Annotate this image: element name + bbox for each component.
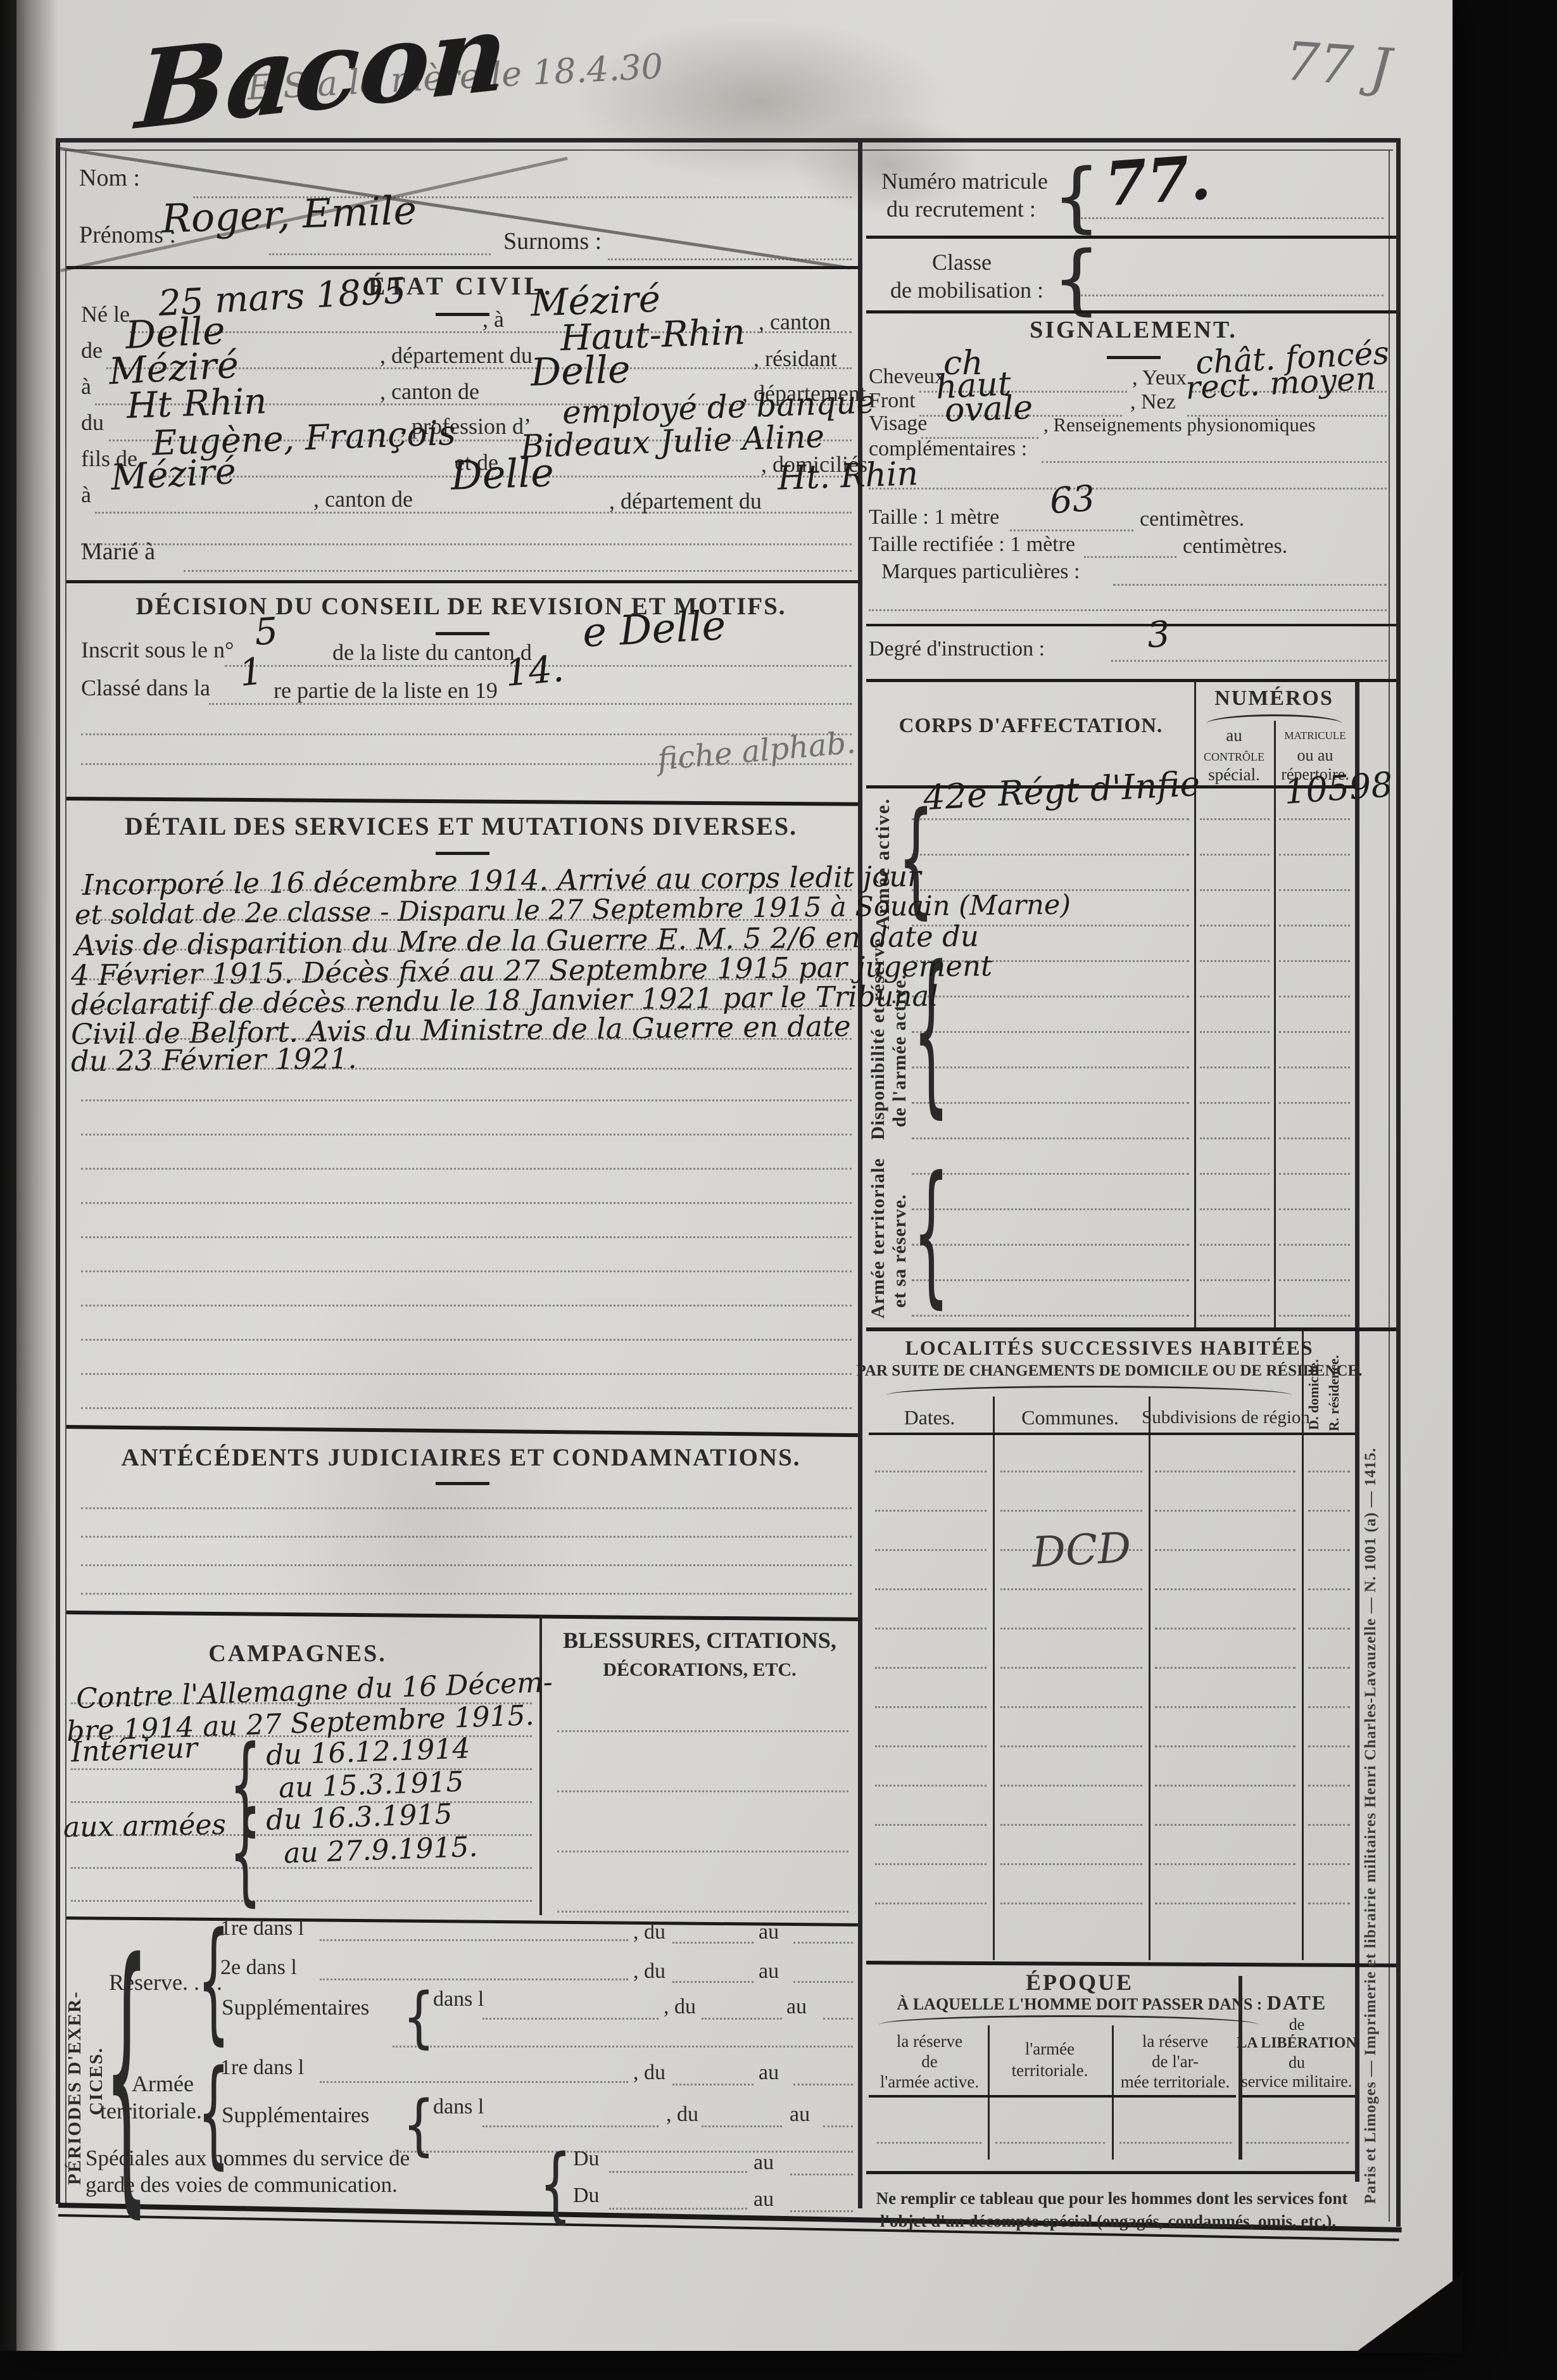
- brace: [1052, 242, 1100, 318]
- dotted-line: [1308, 1510, 1350, 1512]
- dotted-line: [877, 2142, 981, 2144]
- dotted-line: [1308, 1628, 1350, 1630]
- a-label2: à: [81, 375, 91, 398]
- frame-right-inner: [1389, 149, 1390, 2222]
- services-title: DÉTAIL DES SERVICES ET MUTATIONS DIVERSE…: [125, 814, 797, 839]
- dotted-line: [81, 1507, 852, 1509]
- dotted-line: [1000, 1902, 1142, 1904]
- domicile-col-header: D. domicile.: [1307, 1335, 1321, 1430]
- dotted-line: [702, 2125, 782, 2127]
- front-label: Front: [869, 390, 916, 412]
- dotted-line: [81, 543, 852, 545]
- annee-value: 14.: [504, 650, 565, 692]
- dotted-line: [790, 2210, 853, 2212]
- localites-brace-curve: [886, 1386, 1292, 1395]
- dotted-line: [81, 919, 852, 921]
- canton-residence-value: Delle: [530, 350, 631, 391]
- dotted-line: [1113, 584, 1387, 586]
- dotted-line: [793, 1942, 853, 1944]
- numero-matricule-label: Numéro matricule: [881, 170, 1048, 193]
- rule: [866, 236, 1396, 239]
- dotted-line: [320, 2081, 628, 2083]
- dotted-line: [912, 1279, 1189, 1281]
- title-flourish: [436, 852, 489, 855]
- dotted-line: [71, 1867, 532, 1869]
- epoque-subtitle: À LAQUELLE L'HOMME DOIT PASSER DANS :: [897, 1996, 1263, 2013]
- dotted-line: [1200, 1173, 1270, 1175]
- title-flourish: [436, 1482, 489, 1485]
- brace: [229, 1797, 262, 1909]
- dotted-line: [1200, 1067, 1270, 1068]
- epoque-col3-3: mée territoriale.: [1121, 2073, 1230, 2091]
- du-cap-label: Du: [573, 2185, 600, 2206]
- ne-le-label: Né le: [81, 303, 130, 326]
- residence-col-header: R. résidence.: [1327, 1330, 1341, 1431]
- dotted-line: [1279, 1031, 1350, 1033]
- dotted-line: [912, 818, 1189, 820]
- dotted-line: [823, 2125, 853, 2127]
- canton-label: , canton: [759, 310, 831, 333]
- departement-residence-value: Ht Rhin: [126, 384, 267, 424]
- epoque-col2-1: l'armée: [1025, 2041, 1075, 2058]
- epoque-col1-3: l'armée active.: [880, 2073, 979, 2091]
- taille-label: Taille : 1 mètre: [869, 507, 999, 528]
- dotted-line: [1308, 1745, 1350, 1747]
- blessures-title-1: BLESSURES, CITATIONS,: [563, 1629, 836, 1652]
- dotted-line: [875, 1902, 987, 1904]
- canton-domicile-value: Delle: [450, 453, 555, 496]
- epoque-col-line: [1112, 2025, 1114, 2160]
- dotted-line: [1200, 960, 1270, 962]
- armee-active-corps-value: 42e Régt d'Infie: [923, 767, 1201, 816]
- dotted-line: [1279, 1208, 1350, 1210]
- dotted-line: [1076, 217, 1384, 219]
- dotted-line: [1119, 2142, 1232, 2144]
- dotted-line: [71, 1735, 532, 1737]
- rule: [869, 1433, 1355, 1435]
- dotted-line: [912, 1244, 1189, 1246]
- interieur-du-value: du 16.12.1914: [265, 1735, 470, 1769]
- corps-col-line: [1274, 721, 1276, 1327]
- taille-value: 63: [1049, 481, 1096, 520]
- dotted-line: [875, 1628, 987, 1630]
- dotted-line: [1000, 1549, 1142, 1551]
- dotted-line: [1000, 1745, 1142, 1747]
- brace: [539, 2144, 572, 2225]
- du-label: du: [81, 411, 104, 434]
- dotted-line: [1308, 1902, 1350, 1904]
- dotted-line: [1279, 925, 1350, 927]
- dotted-line: [793, 2084, 853, 2086]
- dotted-line: [1200, 1031, 1270, 1033]
- paper-stain: [570, 19, 950, 184]
- numeros-brace-curve: [1206, 714, 1342, 724]
- dotted-line: [320, 1939, 628, 1941]
- date-liberation-1: DATE: [1267, 1992, 1327, 2013]
- localites-col-line: [1149, 1396, 1150, 1960]
- du-label: , du: [666, 2104, 698, 2125]
- dotted-line: [1200, 1244, 1270, 1246]
- dotted-line: [81, 1593, 852, 1595]
- title-flourish: [436, 632, 489, 635]
- controle-header-2: contrôle: [1204, 747, 1264, 764]
- a-label: , à: [482, 308, 504, 331]
- dotted-line: [1279, 854, 1350, 856]
- domicile-value: Méziré: [110, 454, 237, 496]
- dates-col-header: Dates.: [904, 1407, 955, 1427]
- epoque-col3-2: de l'ar-: [1152, 2053, 1199, 2070]
- title-flourish: [1107, 356, 1161, 359]
- epoque-col-line: [1239, 1976, 1242, 2160]
- rule: [866, 2171, 1355, 2174]
- dotted-line: [81, 1168, 852, 1170]
- dotted-line: [912, 854, 1189, 856]
- dotted-line: [482, 2018, 659, 2020]
- departement-label3: , département du: [609, 490, 762, 512]
- dotted-line: [875, 1863, 987, 1865]
- visage-value: ovale: [944, 391, 1033, 427]
- dotted-line: [557, 1730, 848, 1732]
- dotted-line: [81, 1134, 852, 1136]
- dotted-line: [1200, 1315, 1270, 1317]
- frame-left: [56, 138, 60, 2204]
- dotted-line: [912, 996, 1189, 997]
- dotted-line: [1000, 1588, 1142, 1590]
- territoriale-label-1: Armée territoriale: [869, 1154, 888, 1319]
- dotted-line: [71, 1834, 532, 1836]
- dotted-line: [482, 2125, 659, 2127]
- localites-title: LOCALITÉS SUCCESSIVES HABITÉES: [905, 1338, 1313, 1358]
- degre-instruction-value: 3: [1146, 617, 1171, 654]
- dotted-line: [81, 1038, 852, 1040]
- dotted-line: [1155, 1785, 1295, 1787]
- numero-liste-value: 5: [253, 612, 279, 650]
- supplementaires-label: Supplémentaires: [222, 2104, 369, 2126]
- dotted-line: [1246, 2142, 1349, 2144]
- dotted-line: [1200, 996, 1270, 997]
- dotted-line: [1000, 1824, 1142, 1826]
- dotted-line: [1084, 556, 1176, 558]
- centimetres-label: centimètres.: [1140, 509, 1244, 530]
- dotted-line: [557, 1851, 848, 1852]
- canton-liste-value: e Delle: [581, 605, 726, 654]
- dotted-line: [912, 1031, 1189, 1033]
- residant-label: , résidant: [753, 347, 837, 370]
- dotted-line: [1200, 1208, 1270, 1210]
- dotted-line: [1155, 1549, 1295, 1551]
- epoque-col1-1: la réserve: [897, 2033, 962, 2050]
- speciales-label-1: Spéciales aux hommes du service de: [85, 2147, 410, 2169]
- du-label: , du: [633, 1961, 665, 1982]
- controle-header-1: au: [1226, 727, 1242, 744]
- dotted-line: [1279, 818, 1350, 820]
- dotted-line: [1000, 1510, 1142, 1512]
- armees-au-value: au 27.9.1915.: [283, 1833, 478, 1868]
- dotted-line: [1200, 889, 1270, 891]
- dotted-line: [71, 1900, 532, 1902]
- dans-l-label: dans l: [433, 2096, 484, 2118]
- dotted-line: [609, 2208, 747, 2210]
- periodes-vertical-label-1: PÉRIODES D'EXER-: [66, 1976, 84, 2185]
- dotted-line: [1155, 1588, 1295, 1590]
- communes-col-header: Communes.: [1021, 1407, 1119, 1427]
- dotted-line: [875, 1510, 987, 1512]
- dotted-line: [71, 1768, 532, 1770]
- dotted-line: [995, 2142, 1105, 2144]
- dotted-line: [1308, 1667, 1350, 1669]
- numeros-header: NUMÉROS: [1214, 688, 1333, 709]
- armee-territoriale-label-1: Armée: [132, 2072, 194, 2095]
- marie-label: Marié à: [81, 540, 155, 564]
- dotted-line: [875, 1745, 987, 1747]
- dotted-line: [557, 1790, 848, 1792]
- dotted-line: [823, 2018, 853, 2020]
- dotted-line: [81, 1099, 852, 1101]
- dotted-line: [672, 2084, 753, 2086]
- classe-liste-label: Classé dans la: [81, 676, 210, 699]
- liste-label: de la liste du canton d: [332, 641, 532, 664]
- epoque-col3-1: la réserve: [1142, 2033, 1208, 2050]
- rule: [869, 2095, 1236, 2098]
- epoque-col2-2: territoriale.: [1012, 2062, 1088, 2079]
- du-label: , du: [633, 2062, 665, 2084]
- localites-subtitle: PAR SUITE DE CHANGEMENTS DE DOMICILE OU …: [857, 1363, 1363, 1379]
- dotted-line: [875, 1588, 987, 1590]
- blessures-title-2: DÉCORATIONS, ETC.: [603, 1661, 796, 1680]
- dotted-line: [1155, 1706, 1295, 1708]
- dotted-line: [912, 1067, 1189, 1068]
- dotted-line: [1000, 1471, 1142, 1472]
- interieur-au-value: au 15.3.1915: [278, 1768, 464, 1802]
- complementaires-label: complémentaires :: [869, 438, 1027, 460]
- dotted-line: [1200, 1137, 1270, 1139]
- dotted-line: [1308, 1863, 1350, 1865]
- dotted-line: [912, 889, 1189, 891]
- rule: [66, 580, 858, 583]
- dotted-line: [184, 570, 852, 572]
- dotted-line: [875, 1706, 987, 1708]
- dotted-line: [875, 1549, 987, 1551]
- dotted-line: [81, 1008, 852, 1010]
- matricule-header-1: matricule: [1284, 727, 1346, 742]
- antecedents-title: ANTÉCÉDENTS JUDICIAIRES ET CONDAMNATIONS…: [121, 1445, 800, 1470]
- dotted-line: [81, 1536, 852, 1538]
- dotted-line: [81, 1564, 852, 1566]
- nom-signature: Bacon: [134, 0, 511, 144]
- dotted-line: [1279, 960, 1350, 962]
- dotted-line: [1308, 1588, 1350, 1590]
- dotted-line: [1308, 1824, 1350, 1826]
- frame-right: [1396, 138, 1401, 2227]
- dotted-line: [81, 889, 852, 891]
- rule: [866, 624, 1396, 626]
- yeux-label: , Yeux: [1132, 367, 1187, 389]
- dotted-line: [81, 1305, 852, 1307]
- dotted-line: [875, 1667, 987, 1669]
- dotted-line: [1155, 1863, 1295, 1865]
- dotted-line: [1279, 1279, 1350, 1281]
- dotted-line: [869, 609, 1387, 611]
- tables-right-edge: [1355, 681, 1359, 2182]
- de-label: de: [81, 339, 103, 362]
- dotted-line: [320, 1978, 628, 1980]
- dotted-line: [790, 2174, 853, 2175]
- inscrit-label: Inscrit sous le n°: [81, 638, 234, 661]
- dotted-line: [81, 1068, 852, 1070]
- dotted-line: [81, 1270, 852, 1272]
- marques-label: Marques particulières :: [881, 561, 1080, 583]
- dotted-line: [1200, 1279, 1270, 1281]
- dotted-line: [875, 1785, 987, 1787]
- date-liberation-5: service militaire.: [1242, 2073, 1352, 2090]
- dotted-line: [81, 1236, 852, 1238]
- rule: [66, 266, 858, 269]
- dotted-line: [1308, 1549, 1350, 1551]
- dans-l-label: dans l: [433, 1989, 484, 2010]
- dotted-line: [1000, 1863, 1142, 1865]
- dotted-line: [1155, 1471, 1295, 1472]
- dotted-line: [269, 253, 491, 255]
- localites-col-line: [993, 1396, 995, 1960]
- armee-active-matricule-value: 10598: [1283, 768, 1394, 809]
- subdivisions-col-header: Subdivisions de région: [1142, 1408, 1310, 1427]
- au-label: au: [790, 2104, 810, 2125]
- supplementaires-label: Supplémentaires: [222, 1996, 369, 2018]
- dotted-line: [81, 1373, 852, 1375]
- pencil-number-top-right: 77 J: [1283, 34, 1393, 94]
- degre-instruction-label: Degré d'instruction :: [869, 638, 1045, 660]
- dotted-line: [1279, 1137, 1350, 1139]
- territoriale-row-1re: 1re dans l: [220, 2057, 304, 2079]
- rule: [66, 1916, 858, 1927]
- controle-header-3: spécial.: [1208, 766, 1260, 783]
- speciales-label-2: garde des voies de communication.: [85, 2174, 398, 2196]
- au-label: au: [753, 2189, 774, 2210]
- au-label: au: [786, 1996, 807, 2018]
- epoque-brace-curve: [879, 2015, 1259, 2025]
- dotted-line: [912, 1315, 1189, 1317]
- dotted-line: [1000, 1667, 1142, 1669]
- dotted-line: [793, 1981, 853, 1983]
- dotted-line: [672, 1981, 753, 1983]
- dotted-line: [81, 978, 852, 980]
- numero-matricule-label2: du recrutement :: [886, 198, 1036, 220]
- renseignements-label: , Renseignements physionomiques: [1043, 415, 1316, 434]
- dotted-line: [1200, 1102, 1270, 1104]
- dotted-line: [912, 1208, 1189, 1210]
- prenoms-value: Roger, Emile: [161, 191, 417, 239]
- dotted-line: [1155, 1824, 1295, 1826]
- dotted-line: [1111, 660, 1387, 662]
- dotted-line: [1000, 1706, 1142, 1708]
- dotted-line: [95, 512, 852, 514]
- rule: [66, 1425, 858, 1437]
- surnoms-label: Surnoms :: [503, 229, 602, 253]
- a-label3: à: [81, 483, 91, 506]
- dotted-line: [1308, 1785, 1350, 1787]
- dotted-line: [81, 1407, 852, 1409]
- du-label: , du: [664, 1996, 696, 2018]
- dotted-line: [1279, 1244, 1350, 1246]
- departement-label: , département du: [380, 344, 533, 367]
- campagnes-divider: [539, 1616, 542, 1915]
- campagnes-title: CAMPAGNES.: [208, 1642, 387, 1666]
- interieur-label: Intérieur: [70, 1735, 198, 1767]
- date-liberation-2: de: [1289, 2016, 1305, 2033]
- dotted-line: [1200, 818, 1270, 820]
- armees-label: aux armées: [63, 1811, 227, 1842]
- dotted-line: [1279, 1102, 1350, 1104]
- dotted-line: [1308, 1471, 1350, 1472]
- territoriale-label-2: et sa réserve.: [890, 1165, 909, 1308]
- rule: [1242, 2095, 1355, 2098]
- dotted-line: [209, 703, 852, 705]
- dotted-line: [1308, 1706, 1350, 1708]
- partie-value: 1: [237, 652, 265, 692]
- dotted-line: [1279, 1067, 1350, 1068]
- dotted-line: [912, 1173, 1189, 1175]
- frame-left-inner: [65, 149, 66, 2204]
- dotted-line: [869, 488, 1387, 490]
- nez-value: rect. moyen: [1185, 362, 1377, 404]
- dotted-line: [71, 1801, 532, 1803]
- rule: [866, 310, 1396, 313]
- rule: [866, 679, 1396, 682]
- dotted-line: [1200, 854, 1270, 856]
- epoque-title: ÉPOQUE: [1026, 1971, 1133, 1994]
- epoque-col1-2: de: [921, 2053, 937, 2070]
- reserve-row-2e: 2e dans l: [220, 1957, 297, 1978]
- armee-territoriale-label-2: territoriale.: [100, 2099, 202, 2122]
- au-label: au: [753, 2152, 774, 2174]
- dotted-line: [1155, 1667, 1295, 1669]
- dotted-line: [608, 258, 852, 260]
- classe-mobilisation-label: Classe: [932, 251, 992, 274]
- date-liberation-3: LA LIBÉRATION: [1237, 2035, 1357, 2051]
- rule: [866, 1961, 1396, 1967]
- dotted-line: [1000, 1628, 1142, 1630]
- dotted-line: [912, 1137, 1189, 1139]
- dotted-line: [1076, 294, 1384, 296]
- dotted-line: [81, 1202, 852, 1204]
- dotted-line: [912, 925, 1189, 927]
- dotted-line: [393, 2151, 853, 2153]
- classe-mobilisation-label2: de mobilisation :: [890, 279, 1043, 301]
- centimetres-label2: centimètres.: [1183, 536, 1287, 557]
- register-page-scan: E S a la mère le 18.4.30 77 J Bacon Nom …: [0, 0, 1557, 2380]
- classe-liste-label2: re partie de la liste en 19: [274, 679, 498, 702]
- epoque-note-1: Ne remplir ce tableau que pour les homme…: [876, 2190, 1348, 2207]
- form-layer: E S a la mère le 18.4.30 77 J Bacon Nom …: [0, 0, 1557, 2380]
- armees-du-value: du 16.3.1915: [265, 1801, 453, 1835]
- rule: [66, 1611, 858, 1621]
- dotted-line: [912, 960, 1189, 962]
- services-line-7: du 23 Février 1921.: [71, 1044, 357, 1076]
- printer-imprint: Paris et Limoges — Imprimerie et librair…: [1363, 1191, 1378, 2204]
- dotted-line: [1155, 1628, 1295, 1630]
- brace: [403, 1985, 435, 2051]
- canton-label3: , canton de: [313, 488, 413, 510]
- dotted-line: [71, 1702, 532, 1704]
- dotted-line: [1279, 889, 1350, 891]
- signalement-title: SIGNALEMENT.: [1030, 318, 1237, 342]
- au-label: au: [759, 2062, 779, 2084]
- title-flourish: [436, 313, 489, 316]
- du-label: , du: [633, 1921, 665, 1943]
- numero-matricule-value: 77.: [1103, 147, 1213, 215]
- rule: [866, 1327, 1396, 1331]
- taille-rectifiee-label: Taille rectifiée : 1 mètre: [869, 534, 1075, 555]
